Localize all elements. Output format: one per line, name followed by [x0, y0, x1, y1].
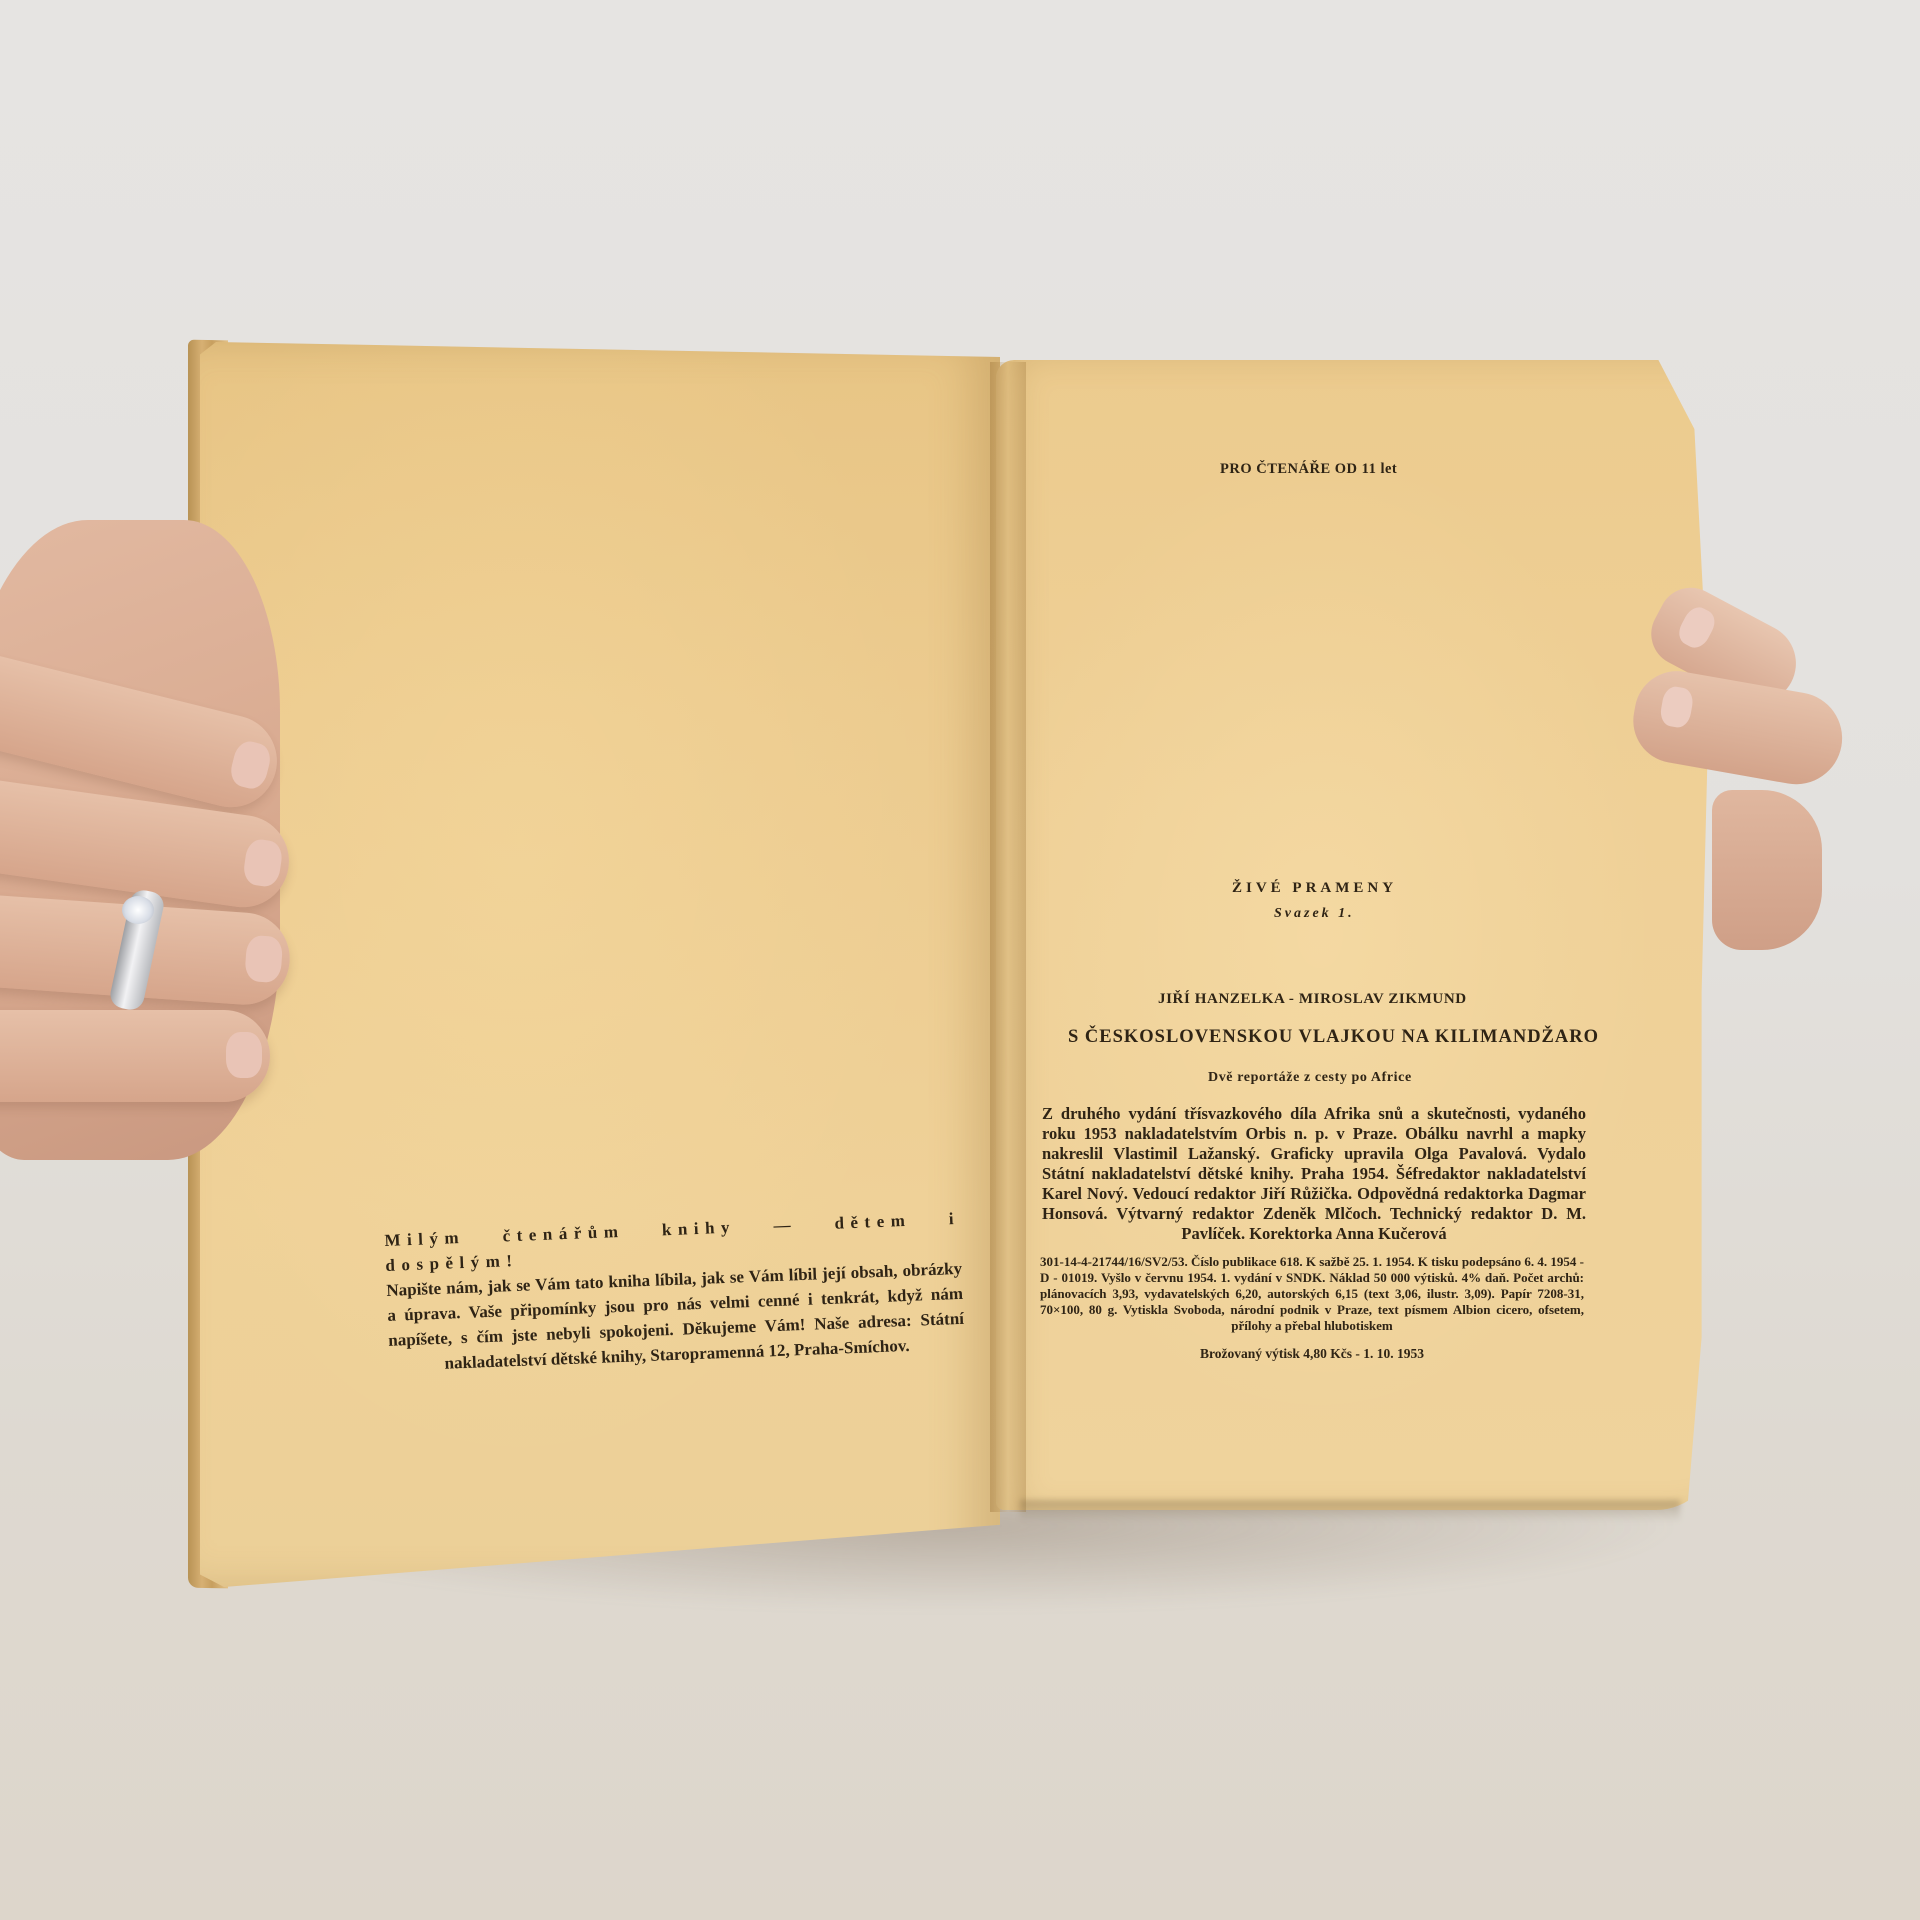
- right-page: [996, 360, 1716, 1510]
- right-hand: [1712, 790, 1822, 950]
- imprint-paragraph: 301-14-4-21744/16/SV2/53. Číslo publikac…: [1040, 1254, 1584, 1334]
- book-title: S ČESKOSLOVENSKOU VLAJKOU NA KILIMANDŽAR…: [1068, 1027, 1599, 1048]
- left-hand-finger: [0, 1010, 270, 1102]
- book-gutter: [990, 362, 1026, 1512]
- fingernail: [1658, 685, 1694, 730]
- book-subtitle: Dvě reportáže z cesty po Africe: [1208, 1070, 1412, 1086]
- series-volume: Svazek 1.: [1274, 906, 1355, 922]
- ring-stone: [122, 896, 154, 924]
- reader-note: Milým čtenářům knihy — dětem i dospělým!…: [384, 1206, 965, 1378]
- right-page-shadow: [1020, 1500, 1680, 1522]
- series-title: ŽIVÉ PRAMENY: [1232, 880, 1397, 897]
- reader-note-line: Praha-Smíchov.: [794, 1336, 910, 1359]
- fingernail: [242, 838, 284, 889]
- fingernail: [228, 738, 274, 791]
- age-recommendation: PRO ČTENÁŘE OD 11 let: [1220, 461, 1397, 478]
- authors: JIŘÍ HANZELKA - MIROSLAV ZIKMUND: [1158, 991, 1467, 1008]
- price-line: Brožovaný výtisk 4,80 Kčs - 1. 10. 1953: [1040, 1346, 1584, 1362]
- left-page: [200, 342, 1000, 1587]
- credits-paragraph: Z druhého vydání třísvazkového díla Afri…: [1042, 1104, 1586, 1244]
- photo-scene: Milým čtenářům knihy — dětem i dospělým!…: [0, 0, 1920, 1920]
- fingernail: [1674, 603, 1719, 652]
- fingernail: [226, 1032, 262, 1078]
- fingernail: [244, 935, 283, 983]
